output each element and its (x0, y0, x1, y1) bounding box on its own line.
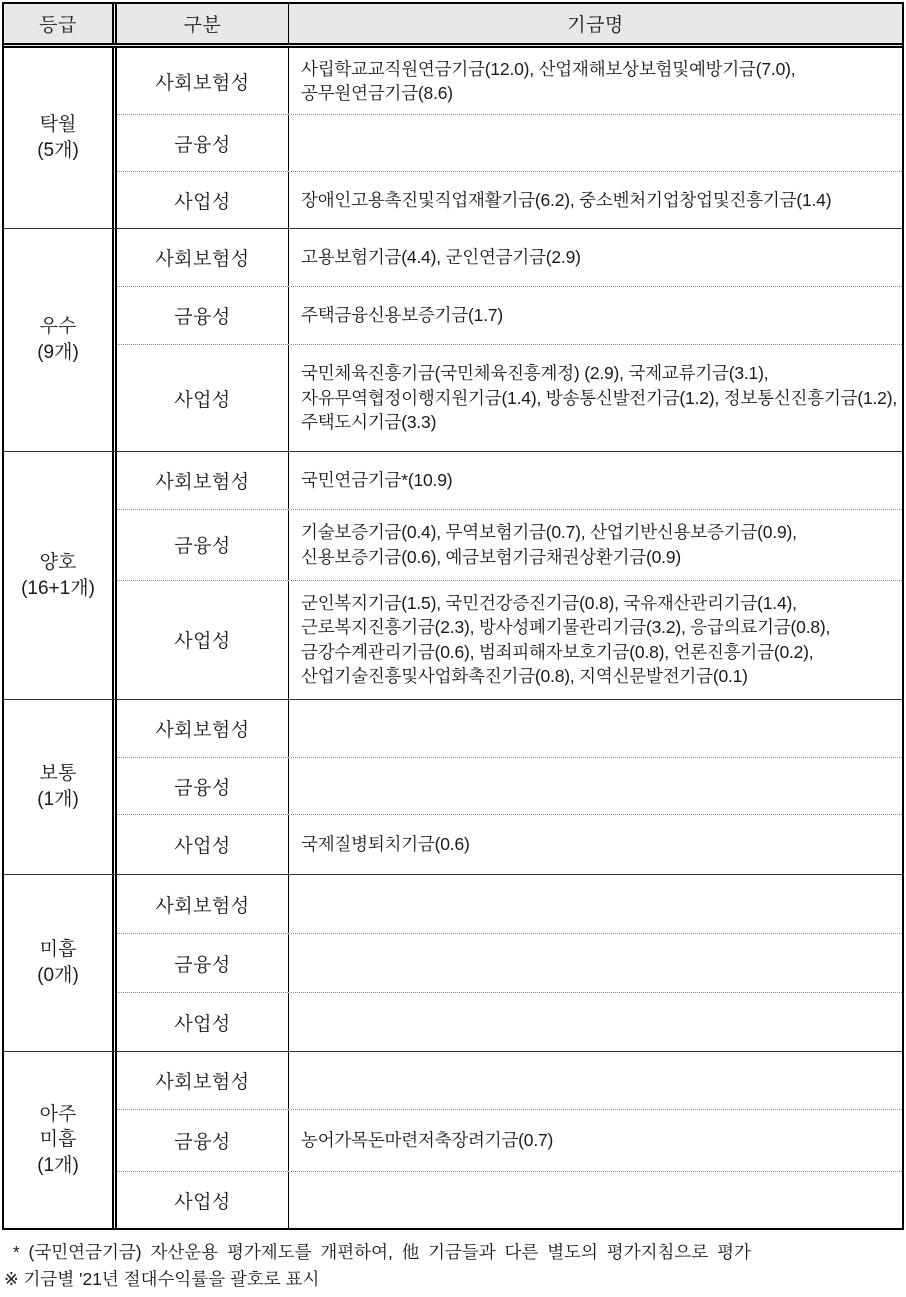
table-row: 사업성 군인복지기금(1.5), 국민건강증진기금(0.8), 국유재산관리기금… (117, 580, 902, 700)
funds-cell (289, 115, 902, 171)
table-header-row: 등급 구분 기금명 (4, 4, 902, 48)
table-row: 사회보험성 국민연금기금*(10.9) (117, 452, 902, 509)
group-subrows: 사회보험성 금융성 농어가목돈마련저축장려기금(0.7) 사업성 (117, 1052, 902, 1228)
table-row: 사업성 국제질병퇴치기금(0.6) (117, 814, 902, 874)
funds-cell (289, 1172, 902, 1228)
funds-cell: 국민체육진흥기금(국민체육진흥계정) (2.9), 국제교류기금(3.1), 자… (289, 345, 902, 451)
funds-cell: 주택금융신용보증기금(1.7) (289, 287, 902, 344)
grade-group-takwol: 탁월 (5개) 사회보험성 사립학교교직원연금기금(12.0), 산업재해보상보… (4, 48, 902, 228)
funds-cell: 사립학교교직원연금기금(12.0), 산업재해보상보험및예방기금(7.0), 공… (289, 48, 902, 114)
table-row: 사업성 (117, 1171, 902, 1228)
category-cell: 사회보험성 (117, 875, 289, 933)
table-row: 사회보험성 사립학교교직원연금기금(12.0), 산업재해보상보험및예방기금(7… (117, 48, 902, 114)
funds-cell: 농어가목돈마련저축장려기금(0.7) (289, 1110, 902, 1171)
funds-text: 국민체육진흥기금(국민체육진흥계정) (2.9), 국제교류기금(3.1), 자… (301, 361, 898, 435)
table-row: 사회보험성 (117, 1052, 902, 1109)
footnote-pension-note: * (국민연금기금) 자산운용 평가제도를 개편하여, 他 기금들과 다른 별도… (4, 1239, 902, 1266)
group-subrows: 사회보험성 사립학교교직원연금기금(12.0), 산업재해보상보험및예방기금(7… (117, 48, 902, 228)
funds-cell (289, 758, 902, 814)
funds-cell (289, 700, 902, 757)
table-row: 금융성 (117, 757, 902, 814)
funds-cell (289, 1052, 902, 1109)
funds-text: 농어가목돈마련저축장려기금(0.7) (301, 1128, 553, 1153)
funds-cell: 국제질병퇴치기금(0.6) (289, 815, 902, 874)
category-cell: 금융성 (117, 510, 289, 580)
grade-group-yangho: 양호 (16+1개) 사회보험성 국민연금기금*(10.9) 금융성 기술보증기… (4, 451, 902, 699)
table-row: 금융성 농어가목돈마련저축장려기금(0.7) (117, 1109, 902, 1171)
funds-cell: 국민연금기금*(10.9) (289, 452, 902, 509)
funds-text: 기술보증기금(0.4), 무역보험기금(0.7), 산업기반신용보증기금(0.9… (301, 520, 898, 569)
grade-label: 양호 (16+1개) (4, 452, 117, 699)
group-subrows: 사회보험성 국민연금기금*(10.9) 금융성 기술보증기금(0.4), 무역보… (117, 452, 902, 699)
funds-cell: 기술보증기금(0.4), 무역보험기금(0.7), 산업기반신용보증기금(0.9… (289, 510, 902, 580)
footnotes: * (국민연금기금) 자산운용 평가제도를 개편하여, 他 기금들과 다른 별도… (2, 1239, 904, 1293)
category-cell: 사업성 (117, 815, 289, 874)
funds-text: 군인복지기금(1.5), 국민건강증진기금(0.8), 국유재산관리기금(1.4… (301, 591, 898, 689)
header-fund-name: 기금명 (289, 4, 902, 43)
table-row: 사회보험성 (117, 875, 902, 933)
funds-cell (289, 934, 902, 992)
funds-cell: 장애인고용촉진및직업재활기금(6.2), 중소벤처기업창업및진흥기금(1.4) (289, 172, 902, 228)
category-cell: 사회보험성 (117, 229, 289, 286)
category-cell: 사업성 (117, 1172, 289, 1228)
table-row: 금융성 주택금융신용보증기금(1.7) (117, 286, 902, 344)
fund-rating-table: 등급 구분 기금명 탁월 (5개) 사회보험성 사립학교교직원연금기금(12.0… (2, 2, 904, 1230)
category-cell: 사회보험성 (117, 700, 289, 757)
funds-text: 사립학교교직원연금기금(12.0), 산업재해보상보험및예방기금(7.0), 공… (301, 57, 898, 106)
header-grade: 등급 (4, 4, 117, 43)
grade-label: 아주 미흡 (1개) (4, 1052, 117, 1228)
category-cell: 금융성 (117, 934, 289, 992)
table-row: 금융성 기술보증기금(0.4), 무역보험기금(0.7), 산업기반신용보증기금… (117, 509, 902, 580)
table-row: 사업성 (117, 992, 902, 1051)
funds-text: 고용보험기금(4.4), 군인연금기금(2.9) (301, 245, 581, 270)
grade-group-aju-miheup: 아주 미흡 (1개) 사회보험성 금융성 농어가목돈마련저축장려기금(0.7) … (4, 1051, 902, 1228)
grade-label: 미흡 (0개) (4, 875, 117, 1051)
group-subrows: 사회보험성 금융성 사업성 (117, 875, 902, 1051)
category-cell: 사회보험성 (117, 48, 289, 114)
page: 등급 구분 기금명 탁월 (5개) 사회보험성 사립학교교직원연금기금(12.0… (0, 0, 906, 1297)
funds-text: 국민연금기금*(10.9) (301, 468, 452, 493)
category-cell: 사업성 (117, 172, 289, 228)
funds-text: 주택금융신용보증기금(1.7) (301, 303, 503, 328)
grade-label: 보통 (1개) (4, 700, 117, 874)
grade-group-miheup: 미흡 (0개) 사회보험성 금융성 사업성 (4, 874, 902, 1051)
grade-group-usu: 우수 (9개) 사회보험성 고용보험기금(4.4), 군인연금기금(2.9) 금… (4, 228, 902, 451)
table-row: 사회보험성 고용보험기금(4.4), 군인연금기금(2.9) (117, 229, 902, 286)
table-row: 금융성 (117, 114, 902, 171)
category-cell: 금융성 (117, 758, 289, 814)
funds-text: 장애인고용촉진및직업재활기금(6.2), 중소벤처기업창업및진흥기금(1.4) (301, 188, 831, 213)
table-row: 사업성 장애인고용촉진및직업재활기금(6.2), 중소벤처기업창업및진흥기금(1… (117, 171, 902, 228)
funds-cell (289, 993, 902, 1051)
funds-text: 국제질병퇴치기금(0.6) (301, 832, 470, 857)
grade-label: 우수 (9개) (4, 229, 117, 451)
table-row: 사회보험성 (117, 700, 902, 757)
table-row: 사업성 국민체육진흥기금(국민체육진흥계정) (2.9), 국제교류기금(3.1… (117, 344, 902, 451)
category-cell: 금융성 (117, 287, 289, 344)
category-cell: 사업성 (117, 581, 289, 700)
category-cell: 사회보험성 (117, 452, 289, 509)
header-category: 구분 (117, 4, 289, 43)
funds-cell (289, 875, 902, 933)
group-subrows: 사회보험성 금융성 사업성 국제질병퇴치기금(0.6) (117, 700, 902, 874)
group-subrows: 사회보험성 고용보험기금(4.4), 군인연금기금(2.9) 금융성 주택금융신… (117, 229, 902, 451)
category-cell: 사회보험성 (117, 1052, 289, 1109)
grade-label: 탁월 (5개) (4, 48, 117, 228)
table-row: 금융성 (117, 933, 902, 992)
grade-group-botong: 보통 (1개) 사회보험성 금융성 사업성 국제질병퇴치기금(0.6) (4, 699, 902, 874)
funds-cell: 군인복지기금(1.5), 국민건강증진기금(0.8), 국유재산관리기금(1.4… (289, 581, 902, 700)
category-cell: 금융성 (117, 1110, 289, 1171)
footnote-return-note: ※ 기금별 '21년 절대수익률을 괄호로 표시 (4, 1266, 902, 1293)
funds-cell: 고용보험기금(4.4), 군인연금기금(2.9) (289, 229, 902, 286)
category-cell: 사업성 (117, 345, 289, 451)
category-cell: 금융성 (117, 115, 289, 171)
category-cell: 사업성 (117, 993, 289, 1051)
